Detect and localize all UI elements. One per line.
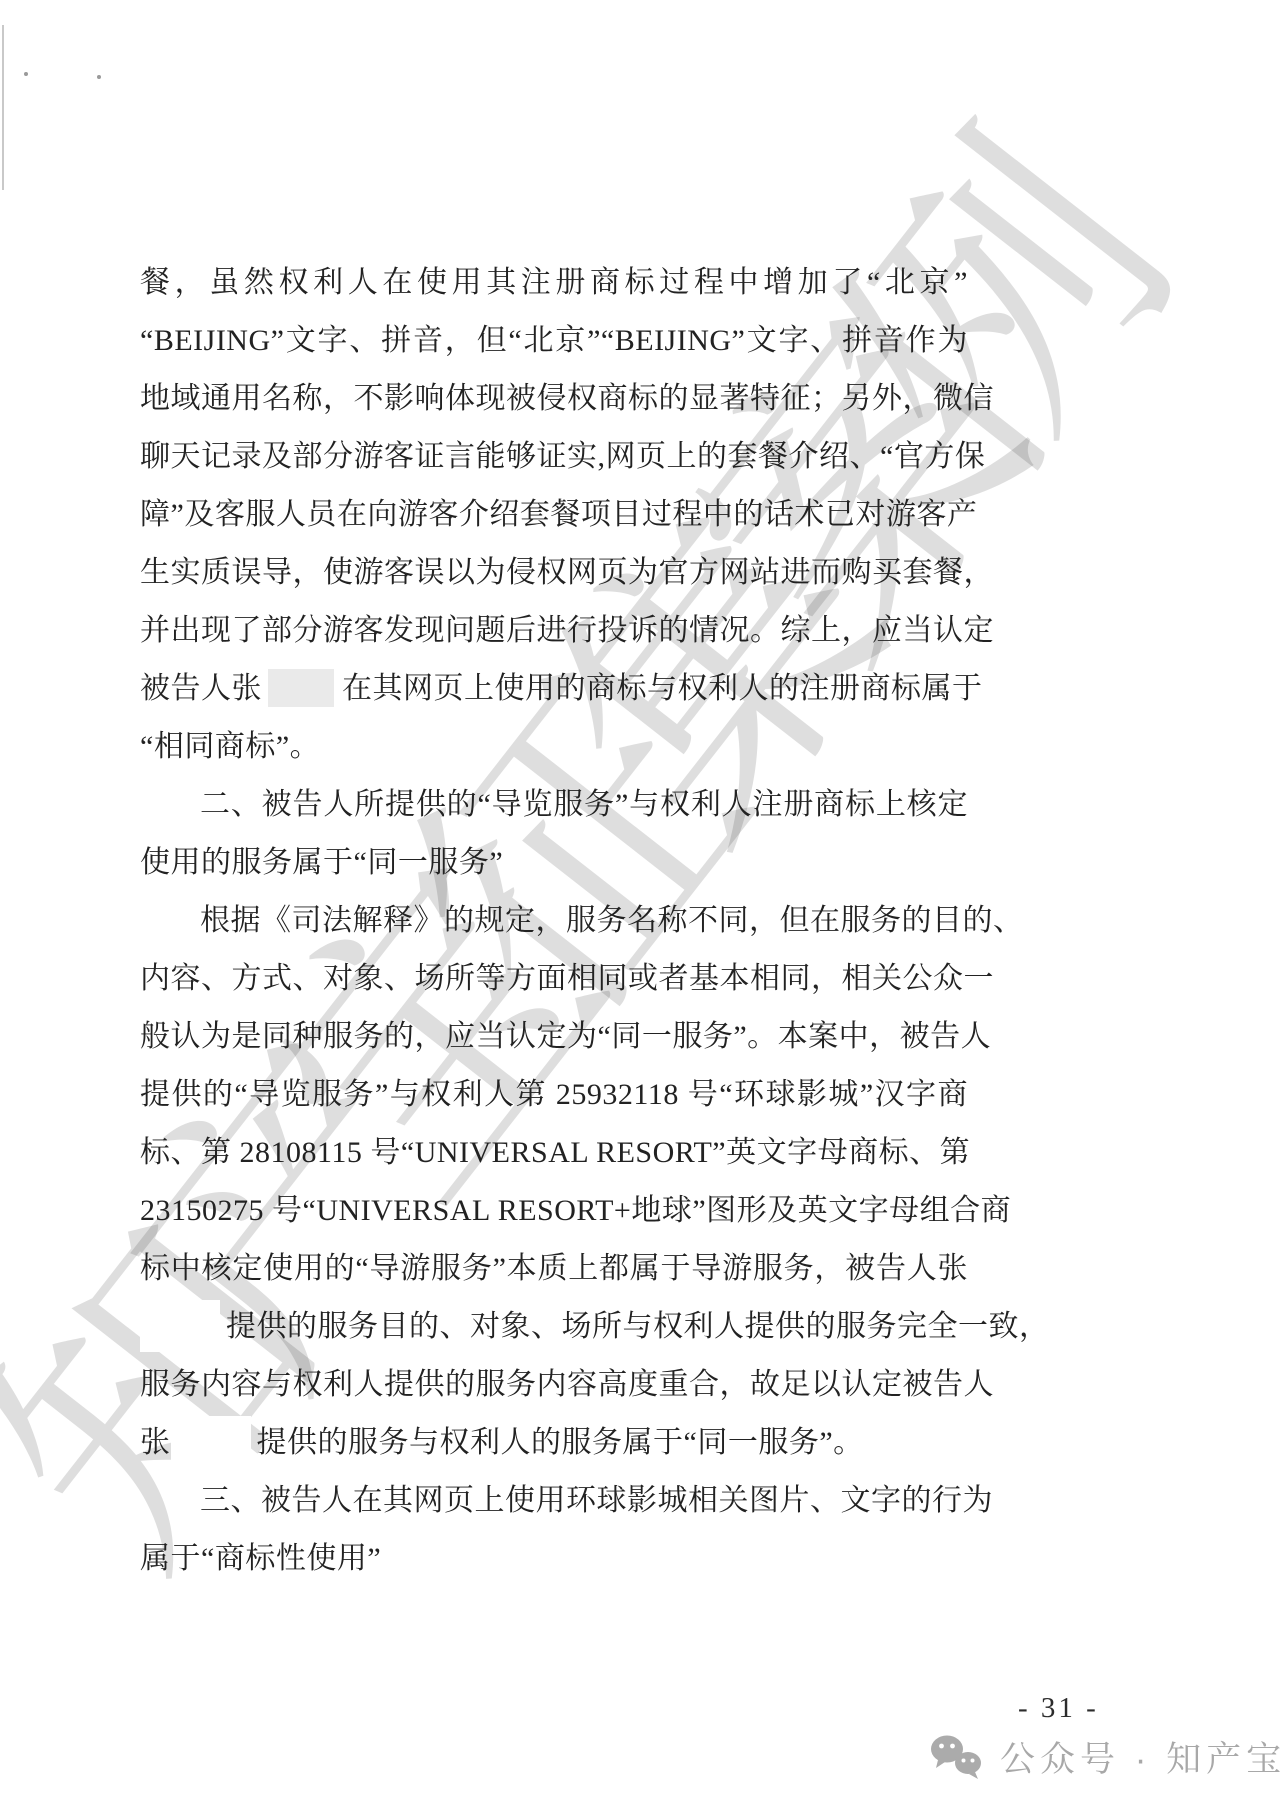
document-page: 知产宝征集案例 餐，虽然权利人在使用其注册商标过程中增加了“北京” “BEIJI… (0, 0, 1280, 1810)
wechat-icon (928, 1733, 986, 1781)
document-line: 服务内容与权利人提供的服务内容高度重合，故足以认定被告人 (140, 1356, 968, 1414)
line-text: 提供的服务与权利人的服务属于“同一服务”。 (257, 1426, 864, 1459)
redacted-name-box (171, 1416, 251, 1468)
line-text: 提供的服务目的、对象、场所与权利人提供的服务完全一致， (226, 1310, 1050, 1343)
document-line: 生实质误导，使游客误以为侵权网页为官方网站进而购买套餐， (140, 544, 968, 602)
document-line: 标、第 28108115 号“UNIVERSAL RESORT”英文字母商标、第 (140, 1124, 968, 1182)
page-number: - 31 - (1018, 1692, 1099, 1725)
footer-brand-label: 公众号 · 知产宝 (1000, 1732, 1280, 1782)
document-line: 二、被告人所提供的“导览服务”与权利人注册商标上核定 (140, 776, 968, 834)
scan-artifact (2, 25, 4, 190)
document-line: 地域通用名称，不影响体现被侵权商标的显著特征；另外，微信 (140, 370, 968, 428)
document-line: 被告人张在其网页上使用的商标与权利人的注册商标属于 (140, 660, 968, 718)
document-line: 23150275 号“UNIVERSAL RESORT+地球”图形及英文字母组合… (140, 1182, 968, 1240)
document-line: 聊天记录及部分游客证言能够证实,网页上的套餐介绍、“官方保 (140, 428, 968, 486)
document-line: 标中核定使用的“导游服务”本质上都属于导游服务，被告人张 (140, 1240, 968, 1298)
document-line: 并出现了部分游客发现问题后进行投诉的情况。综上，应当认定 (140, 602, 968, 660)
line-text: 张 (140, 1426, 171, 1459)
document-body: 餐，虽然权利人在使用其注册商标过程中增加了“北京” “BEIJING”文字、拼音… (140, 254, 968, 1588)
document-line: “相同商标”。 (140, 718, 968, 776)
line-text: 被告人张 (140, 672, 262, 705)
document-line: 障”及客服人员在向游客介绍套餐项目过程中的话术已对游客产 (140, 486, 968, 544)
document-line: 餐，虽然权利人在使用其注册商标过程中增加了“北京” (140, 254, 968, 312)
document-line: 三、被告人在其网页上使用环球影城相关图片、文字的行为 (140, 1472, 968, 1530)
document-line: 提供的“导览服务”与权利人第 25932118 号“环球影城”汉字商 (140, 1066, 968, 1124)
footer-brand: 公众号 · 知产宝 (928, 1732, 1280, 1782)
scan-artifact (24, 72, 28, 76)
document-line: 内容、方式、对象、场所等方面相同或者基本相同，相关公众一 (140, 950, 968, 1008)
document-line: 属于“商标性使用” (140, 1530, 968, 1588)
redacted-name-box (268, 669, 334, 707)
document-line: 根据《司法解释》的规定，服务名称不同，但在服务的目的、 (140, 892, 968, 950)
document-line: 般认为是同种服务的，应当认定为“同一服务”。本案中，被告人 (140, 1008, 968, 1066)
redacted-name-box (140, 1300, 220, 1352)
document-line: 使用的服务属于“同一服务” (140, 834, 968, 892)
document-line: “BEIJING”文字、拼音，但“北京”“BEIJING”文字、拼音作为 (140, 312, 968, 370)
document-line: 张提供的服务与权利人的服务属于“同一服务”。 (140, 1414, 968, 1472)
scan-artifact (97, 75, 101, 79)
line-text: 在其网页上使用的商标与权利人的注册商标属于 (342, 672, 983, 705)
document-line: 提供的服务目的、对象、场所与权利人提供的服务完全一致， (140, 1298, 968, 1356)
